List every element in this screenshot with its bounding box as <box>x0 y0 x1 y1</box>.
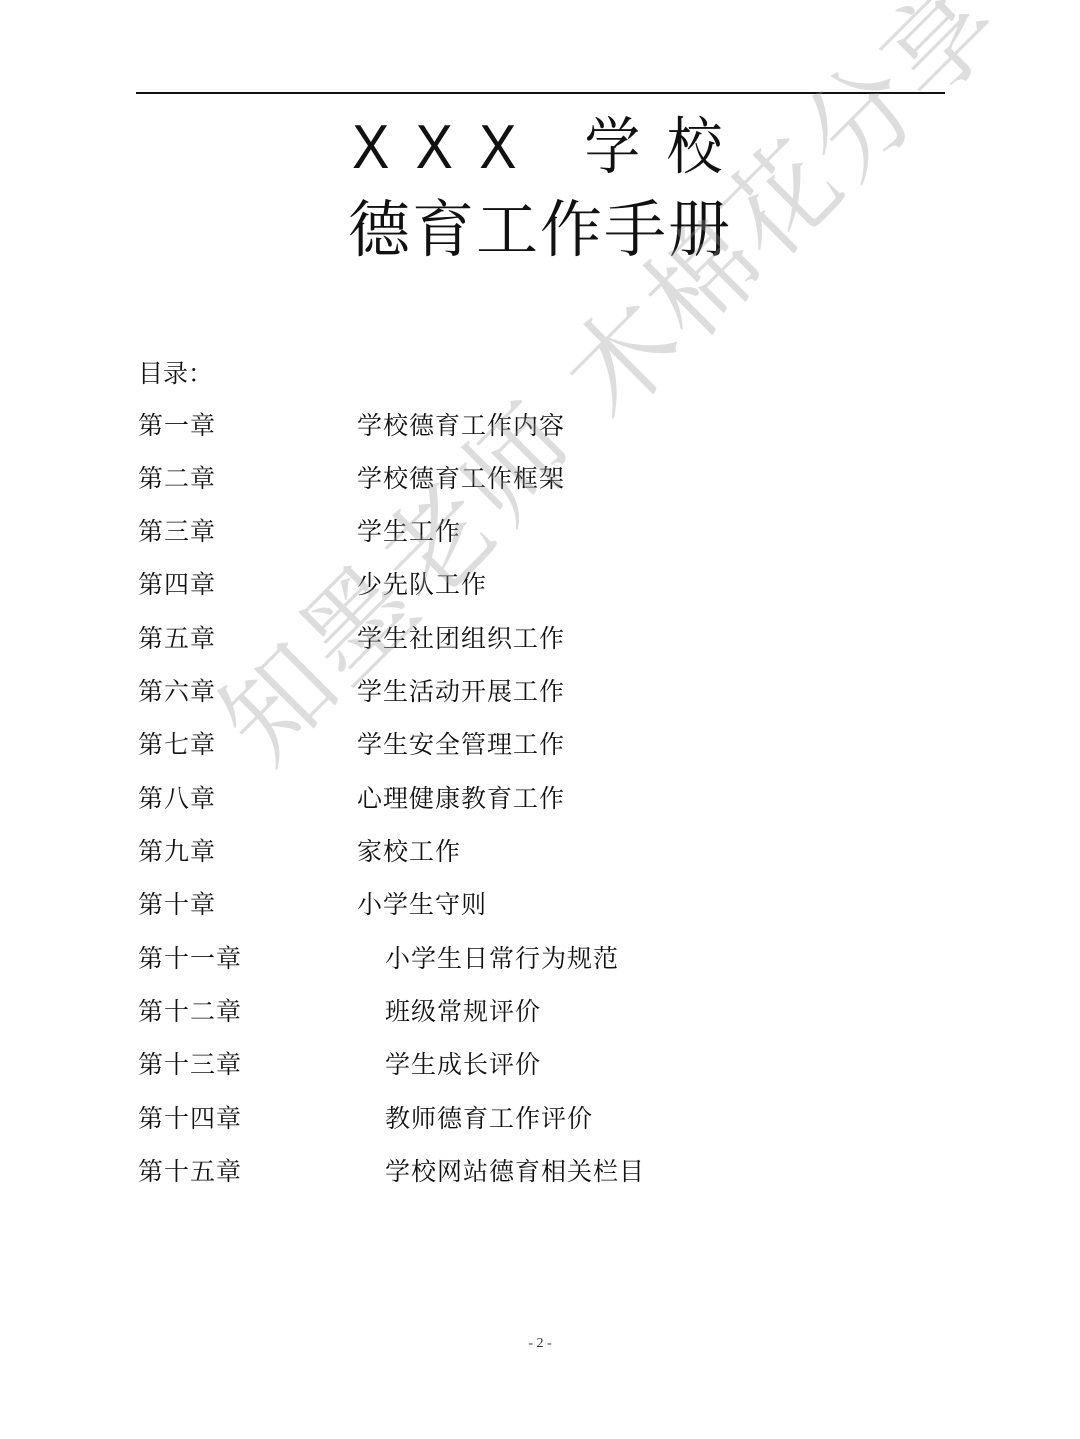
toc-entry[interactable]: 第十章小学生守则 <box>0 887 1080 923</box>
toc-chapter-number: 第十一章 <box>138 941 242 977</box>
toc-chapter-title: 家校工作 <box>357 834 461 870</box>
toc-entry[interactable]: 第一章学校德育工作内容 <box>0 408 1080 444</box>
toc-chapter-title: 学生成长评价 <box>385 1047 541 1083</box>
toc-chapter-title: 班级常规评价 <box>385 994 541 1030</box>
toc-entry[interactable]: 第四章少先队工作 <box>0 567 1080 603</box>
toc-entry[interactable]: 第十四章教师德育工作评价 <box>0 1101 1080 1137</box>
toc-chapter-number: 第六章 <box>138 674 216 710</box>
toc-chapter-number: 第十三章 <box>138 1047 242 1083</box>
toc-entry[interactable]: 第五章学生社团组织工作 <box>0 621 1080 657</box>
toc-chapter-number: 第七章 <box>138 727 216 763</box>
header-rule <box>136 92 945 94</box>
toc-chapter-number: 第九章 <box>138 834 216 870</box>
school-name-title: X X X 学 校 <box>54 108 1026 188</box>
toc-chapter-number: 第八章 <box>138 781 216 817</box>
toc-chapter-title: 学生工作 <box>357 514 461 550</box>
toc-chapter-title: 小学生守则 <box>357 887 487 923</box>
toc-entry[interactable]: 第六章学生活动开展工作 <box>0 674 1080 710</box>
toc-chapter-title: 学校网站德育相关栏目 <box>385 1154 645 1190</box>
toc-chapter-title: 学校德育工作框架 <box>357 461 565 497</box>
toc-entry[interactable]: 第八章心理健康教育工作 <box>0 781 1080 817</box>
toc-chapter-number: 第三章 <box>138 514 216 550</box>
toc-chapter-number: 第十章 <box>138 887 216 923</box>
toc-chapter-title: 学生安全管理工作 <box>357 727 565 763</box>
toc-chapter-number: 第一章 <box>138 408 216 444</box>
toc-chapter-number: 第二章 <box>138 461 216 497</box>
toc-chapter-number: 第十五章 <box>138 1154 242 1190</box>
toc-entry[interactable]: 第十三章学生成长评价 <box>0 1047 1080 1083</box>
toc-chapter-title: 学校德育工作内容 <box>357 408 565 444</box>
page-number: - 2 - <box>0 1336 1080 1352</box>
toc-entry[interactable]: 第二章学校德育工作框架 <box>0 461 1080 497</box>
toc-chapter-title: 学生社团组织工作 <box>357 621 565 657</box>
toc-chapter-title: 学生活动开展工作 <box>357 674 565 710</box>
toc-chapter-number: 第五章 <box>138 621 216 657</box>
toc-chapter-title: 少先队工作 <box>357 567 487 603</box>
toc-entry[interactable]: 第三章学生工作 <box>0 514 1080 550</box>
toc-entry[interactable]: 第十五章学校网站德育相关栏目 <box>0 1154 1080 1190</box>
toc-chapter-number: 第十二章 <box>138 994 242 1030</box>
toc-entry[interactable]: 第十二章班级常规评价 <box>0 994 1080 1030</box>
handbook-title: 德育工作手册 <box>0 190 1080 270</box>
toc-chapter-number: 第十四章 <box>138 1101 242 1137</box>
toc-chapter-title: 教师德育工作评价 <box>385 1101 593 1137</box>
toc-chapter-title: 心理健康教育工作 <box>357 781 565 817</box>
toc-chapter-number: 第四章 <box>138 567 216 603</box>
toc-entry[interactable]: 第十一章小学生日常行为规范 <box>0 941 1080 977</box>
toc-chapter-title: 小学生日常行为规范 <box>385 941 619 977</box>
toc-entry[interactable]: 第九章家校工作 <box>0 834 1080 870</box>
toc-entry[interactable]: 第七章学生安全管理工作 <box>0 727 1080 763</box>
toc-heading: 目录： <box>138 356 213 392</box>
